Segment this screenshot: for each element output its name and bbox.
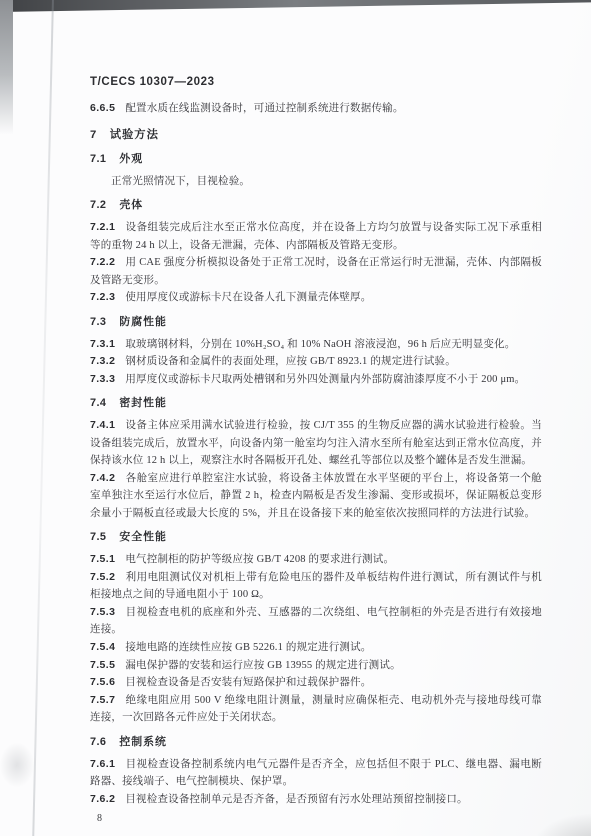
standard-number-header: T/CECS 10307—2023 bbox=[90, 76, 542, 88]
clause-text: 钢材质设备和金属件的表面处理，应按 GB/T 8923.1 的规定进行试验。 bbox=[125, 356, 456, 367]
clause-text: 目视检查电机的底座和外壳、互感器的二次绕组、电气控制柜的外壳是否进行有效接地连接… bbox=[90, 607, 542, 636]
clause-number: 7.6.2 bbox=[90, 793, 115, 805]
document-content: T/CECS 10307—2023 6.6.5配置水质在线监测设备时，可通过控制… bbox=[90, 76, 542, 824]
clause-text: 外观 bbox=[119, 153, 143, 165]
clause: 7.3.3用厚度仪或游标卡尺取两处槽钢和另外四处测量内外部防腐油漆厚度不小于 2… bbox=[90, 371, 542, 389]
clause-number: 7.3.2 bbox=[90, 355, 115, 367]
clause-text: 设备主体应采用满水试验进行检验，按 CJ/T 355 的生物反应器的满水试验进行… bbox=[90, 420, 542, 466]
clause: 7.6.2目视检查设备控制单元是否齐备，是否预留有污水处理站预留控制接口。 bbox=[90, 791, 542, 809]
section-heading: 7.6控制系统 bbox=[90, 734, 542, 752]
clause-number: 7.5 bbox=[90, 531, 106, 543]
clause: 7.6.1目视检查设备控制系统内电气元器件是否齐全，应包括但不限于 PLC、继电… bbox=[90, 756, 542, 791]
clause-text: 安全性能 bbox=[119, 531, 167, 543]
clause-text: 绝缘电阻应用 500 V 绝缘电阻计测量，测量时应确保柜壳、电动机外壳与接地母线… bbox=[90, 695, 542, 724]
clause: 7.2.1设备组装完成后注水至正常水位高度，并在设备上方均匀放置与设备实际工况下… bbox=[90, 219, 542, 254]
section-heading: 7.3防腐性能 bbox=[90, 314, 542, 332]
clause: 7.5.7绝缘电阻应用 500 V 绝缘电阻计测量，测量时应确保柜壳、电动机外壳… bbox=[90, 692, 542, 727]
document-body: 6.6.5配置水质在线监测设备时，可通过控制系统进行数据传输。7试验方法7.1外… bbox=[90, 100, 542, 808]
page-number: 8 bbox=[97, 813, 542, 824]
clause-text: 接地电路的连续性应按 GB 5226.1 的规定进行测试。 bbox=[125, 642, 371, 653]
clause-number: 7.4.2 bbox=[90, 472, 115, 484]
clause-text: 密封性能 bbox=[119, 397, 167, 409]
clause-number: 7.3 bbox=[90, 316, 106, 328]
scan-edge-top bbox=[0, 0, 591, 12]
clause-number: 7.5.3 bbox=[90, 606, 115, 618]
clause-text: 正常光照情况下，目视检验。 bbox=[111, 176, 250, 187]
clause: 7.2.3使用厚度仪或游标卡尺在设备人孔下测量壳体壁厚。 bbox=[90, 289, 542, 307]
clause-number: 7.4 bbox=[90, 397, 106, 409]
clause-number: 7.5.6 bbox=[90, 676, 115, 688]
clause-text: 试验方法 bbox=[110, 129, 159, 141]
clause-number: 7.6 bbox=[90, 736, 106, 748]
clause: 7.5.3目视检查电机的底座和外壳、互感器的二次绕组、电气控制柜的外壳是否进行有… bbox=[90, 604, 542, 639]
clause: 7.5.1电气控制柜的防护等级应按 GB/T 4208 的要求进行测试。 bbox=[90, 551, 542, 569]
page-fold-line bbox=[32, 0, 54, 836]
clause-text: 漏电保护器的安装和运行应按 GB 13955 的规定进行测试。 bbox=[125, 660, 400, 671]
clause-number: 7.5.7 bbox=[90, 694, 115, 706]
clause-number: 7.1 bbox=[90, 153, 106, 165]
clause-text: 设备组装完成后注水至正常水位高度，并在设备上方均匀放置与设备实际工况下承重相等的… bbox=[90, 222, 542, 251]
scanned-page: T/CECS 10307—2023 6.6.5配置水质在线监测设备时，可通过控制… bbox=[0, 0, 591, 836]
clause-number: 7 bbox=[90, 129, 97, 141]
clause-text: 使用厚度仪或游标卡尺在设备人孔下测量壳体壁厚。 bbox=[125, 292, 371, 303]
clause-text: 防腐性能 bbox=[119, 316, 167, 328]
clause-text: 各舱室应进行单腔室注水试验，将设备主体放置在水平坚硬的平台上，将设备第一个舱室单… bbox=[90, 473, 542, 519]
section-heading: 7.2壳体 bbox=[90, 197, 542, 215]
scan-smudge bbox=[0, 735, 40, 795]
clause-number: 7.5.4 bbox=[90, 641, 115, 653]
clause: 7.4.2各舱室应进行单腔室注水试验，将设备主体放置在水平坚硬的平台上，将设备第… bbox=[90, 470, 542, 523]
clause-number: 7.4.1 bbox=[90, 419, 115, 431]
clause: 7.2.2用 CAE 强度分析模拟设备处于正常工况时，设备在正常运行时无泄漏，壳… bbox=[90, 254, 542, 289]
section-heading: 7.4密封性能 bbox=[90, 395, 542, 413]
clause-text: 取玻璃钢材料，分别在 10%H₂SO₄ 和 10% NaOH 溶液浸泡，96 h… bbox=[125, 339, 515, 350]
clause-number: 7.3.1 bbox=[90, 338, 115, 350]
clause-text: 用厚度仪或游标卡尺取两处槽钢和另外四处测量内外部防腐油漆厚度不小于 200 μm… bbox=[125, 374, 525, 385]
section-heading: 7.1外观 bbox=[90, 151, 542, 169]
clause: 7.3.2钢材质设备和金属件的表面处理，应按 GB/T 8923.1 的规定进行… bbox=[90, 353, 542, 371]
clause-number: 7.3.3 bbox=[90, 373, 115, 385]
clause: 7.5.4接地电路的连续性应按 GB 5226.1 的规定进行测试。 bbox=[90, 639, 542, 657]
clause-number: 7.2.2 bbox=[90, 256, 115, 268]
clause: 7.3.1取玻璃钢材料，分别在 10%H₂SO₄ 和 10% NaOH 溶液浸泡… bbox=[90, 336, 542, 354]
section-heading: 7.5安全性能 bbox=[90, 529, 542, 547]
paragraph: 正常光照情况下，目视检验。 bbox=[90, 173, 542, 191]
clause: 7.5.2利用电阻测试仪对机柜上带有危险电压的器件及单板结构件进行测试，所有测试… bbox=[90, 569, 542, 604]
clause-number: 7.2.1 bbox=[90, 221, 115, 233]
clause-number: 7.5.1 bbox=[90, 553, 115, 565]
clause-text: 用 CAE 强度分析模拟设备处于正常工况时，设备在正常运行时无泄漏，壳体、内部隔… bbox=[90, 257, 542, 286]
scan-edge-left bbox=[0, 0, 13, 135]
clause-text: 目视检查设备是否安装有短路保护和过载保护器件。 bbox=[125, 677, 371, 688]
clause-text: 电气控制柜的防护等级应按 GB/T 4208 的要求进行测试。 bbox=[125, 554, 394, 565]
clause-number: 7.5.5 bbox=[90, 659, 115, 671]
section-heading: 7试验方法 bbox=[90, 127, 542, 145]
clause-text: 目视检查设备控制单元是否齐备，是否预留有污水处理站预留控制接口。 bbox=[125, 794, 467, 805]
clause: 6.6.5配置水质在线监测设备时，可通过控制系统进行数据传输。 bbox=[90, 100, 542, 118]
clause-number: 6.6.5 bbox=[90, 102, 115, 114]
clause-text: 利用电阻测试仪对机柜上带有危险电压的器件及单板结构件进行测试，所有测试件与机柜接… bbox=[90, 572, 542, 601]
clause-number: 7.5.2 bbox=[90, 571, 115, 583]
clause-number: 7.2 bbox=[90, 199, 106, 211]
clause: 7.4.1设备主体应采用满水试验进行检验，按 CJ/T 355 的生物反应器的满… bbox=[90, 417, 542, 470]
clause-text: 控制系统 bbox=[119, 736, 167, 748]
clause-text: 目视检查设备控制系统内电气元器件是否齐全，应包括但不限于 PLC、继电器、漏电断… bbox=[90, 759, 542, 788]
clause-number: 7.2.3 bbox=[90, 291, 115, 303]
clause-text: 配置水质在线监测设备时，可通过控制系统进行数据传输。 bbox=[125, 103, 403, 114]
clause-text: 壳体 bbox=[119, 199, 143, 211]
clause-number: 7.6.1 bbox=[90, 758, 115, 770]
clause: 7.5.6目视检查设备是否安装有短路保护和过载保护器件。 bbox=[90, 674, 542, 692]
clause: 7.5.5漏电保护器的安装和运行应按 GB 13955 的规定进行测试。 bbox=[90, 657, 542, 675]
